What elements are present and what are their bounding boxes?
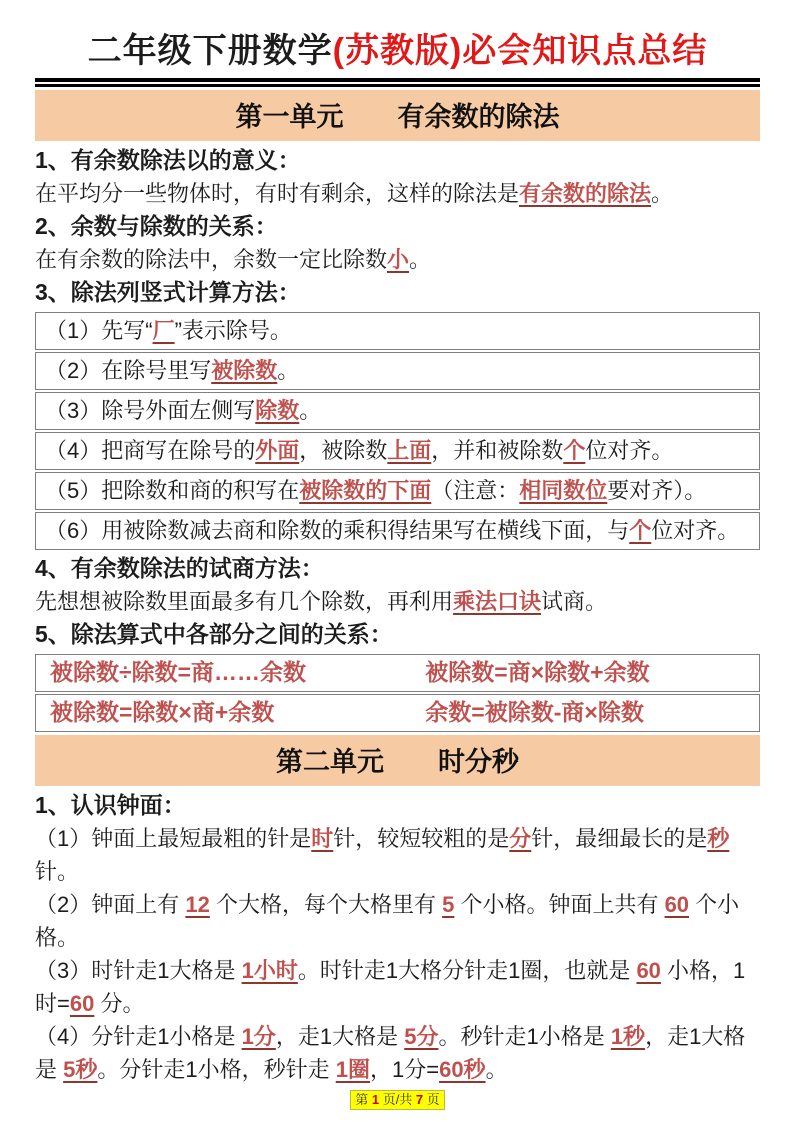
formula-cell: 被除数÷除数=商……余数 [50,658,425,687]
highlighted-red-text: 60 [636,958,660,983]
division-relations-table: 被除数÷除数=商……余数 被除数=商×除数+余数 被除数=除数×商+余数 余数=… [35,654,760,732]
title-divider-rule [35,78,760,87]
text-run: 。 [486,1057,508,1082]
highlighted-red-text: 个 [629,518,651,543]
highlighted-red-text: 分 [509,826,531,851]
page-number-badge: 第 1 页/共 7 页 [350,1090,445,1110]
text-run: ，走1大格是 [276,1024,404,1049]
text-run: （4）把商写在除号的 [45,438,255,463]
highlighted-red-text: 乘法口诀 [453,589,541,614]
page-title-black-part: 二年级下册数学 [88,32,333,70]
document-page: 二年级下册数学(苏教版)必会知识点总结 第一单元 有余数的除法 1、有余数除法以… [0,0,793,1122]
text-run: 。 [277,358,299,383]
highlighted-red-text: 1秒 [611,1024,645,1049]
unit2-paragraph-3: （3）时针走1大格是 1小时。时针走1大格分针走1圈，也就是 60 小格，1时=… [35,954,760,1020]
text-run: 第 [355,1092,372,1107]
text-run: 。 [299,398,321,423]
text-run: ”表示除号。 [175,318,292,343]
text-run: 页 [423,1092,440,1107]
text-run: 针。 [35,859,79,884]
unit2-paragraph-4: （4）分针走1小格是 1分，走1大格是 5分。秒针走1小格是 1秒，走1大格是 … [35,1020,760,1086]
text-run: （1）先写“ [45,318,153,343]
text-run: 个大格，每个大格里有 [210,892,442,917]
unit1-section1-paragraph: 在平均分一些物体时，有时有剩余，这样的除法是有余数的除法。 [35,177,760,210]
text-run: （4）分针走1小格是 [35,1024,242,1049]
text-run: 分。 [94,991,144,1016]
page-title-red-part: (苏教版)必会知识点总结 [333,32,708,70]
text-run: 先想想被除数里面最多有几个除数，再利用 [35,589,453,614]
highlighted-red-text: 5 [442,892,454,917]
highlighted-red-text: 时 [311,826,333,851]
step-row-3: （3）除号外面左侧写除数。 [35,392,760,430]
highlighted-red-text: 60 [70,991,94,1016]
step-row-1: （1）先写“厂”表示除号。 [35,312,760,350]
page-footer: 第 1 页/共 7 页 [35,1090,760,1110]
division-steps-table: （1）先写“厂”表示除号。 （2）在除号里写被除数。 （3）除号外面左侧写除数。… [35,312,760,550]
text-run: （3）时针走1大格是 [35,958,242,983]
text-run: ，并和被除数 [431,438,563,463]
unit1-section4-heading: 4、有余数除法的试商方法： [35,552,760,585]
step-row-6: （6）用被除数减去商和除数的乘积得结果写在横线下面，与个位对齐。 [35,512,760,550]
unit2-banner: 第二单元 时分秒 [35,735,760,786]
highlighted-red-text: 被除数 [211,358,277,383]
text-run: 。秒针走1小格是 [438,1024,610,1049]
highlighted-red-text: 1圈 [336,1057,370,1082]
unit1-section5-heading: 5、除法算式中各部分之间的关系： [35,618,760,651]
highlighted-red-text: 12 [185,892,209,917]
text-run: （6）用被除数减去商和除数的乘积得结果写在横线下面，与 [45,518,629,543]
text-run: ，被除数 [299,438,387,463]
text-run: ，1分= [370,1057,439,1082]
text-run: （注意： [431,478,519,503]
text-run: 。时针走1大格分针走1圈，也就是 [298,958,637,983]
text-run: 。 [651,181,673,206]
highlighted-red-text: 个 [563,438,585,463]
page-title: 二年级下册数学(苏教版)必会知识点总结 [35,30,760,73]
text-run: 针，最细最长的是 [531,826,707,851]
unit2-paragraph-1: （1）钟面上最短最粗的针是时针，较短较粗的是分针，最细最长的是秒针。 [35,822,760,888]
step-row-2: （2）在除号里写被除数。 [35,352,760,390]
highlighted-red-text: 60秒 [439,1057,485,1082]
text-run: 1 [372,1092,379,1107]
text-run: （1）钟面上最短最粗的针是 [35,826,311,851]
unit1-banner: 第一单元 有余数的除法 [35,90,760,141]
unit1-section2-paragraph: 在有余数的除法中，余数一定比除数小。 [35,243,760,276]
highlighted-red-text: 60 [665,892,689,917]
unit2-paragraph-2: （2）钟面上有 12 个大格，每个大格里有 5 个小格。钟面上共有 60 个小格… [35,888,760,954]
highlighted-red-text: 除数 [255,398,299,423]
formula-cell: 被除数=商×除数+余数 [425,658,745,687]
text-run: 针，较短较粗的是 [333,826,509,851]
text-run: 在平均分一些物体时，有时有剩余，这样的除法是 [35,181,519,206]
unit1-section2-heading: 2、余数与除数的关系： [35,210,760,243]
highlighted-red-text: 厂 [153,318,175,343]
text-run: 要对齐）。 [607,478,706,503]
unit1-section1-heading: 1、有余数除法以的意义： [35,144,760,177]
text-run: （2）在除号里写 [45,358,211,383]
formula-cell: 余数=被除数-商×除数 [425,698,745,727]
highlighted-red-text: 被除数的下面 [299,478,431,503]
text-run: 试商。 [541,589,607,614]
highlighted-red-text: 上面 [387,438,431,463]
text-run: （3）除号外面左侧写 [45,398,255,423]
highlighted-red-text: 1小时 [242,958,298,983]
text-run: 位对齐。 [585,438,673,463]
highlighted-red-text: 5秒 [63,1057,97,1082]
formula-cell: 被除数=除数×商+余数 [50,698,425,727]
formula-row-2: 被除数=除数×商+余数 余数=被除数-商×除数 [35,694,760,732]
highlighted-red-text: 外面 [255,438,299,463]
highlighted-red-text: 秒 [707,826,729,851]
unit2-section1-heading: 1、认识钟面： [35,789,760,822]
step-row-4: （4）把商写在除号的外面，被除数上面，并和被除数个位对齐。 [35,432,760,470]
unit1-section4-paragraph: 先想想被除数里面最多有几个除数，再利用乘法口诀试商。 [35,585,760,618]
highlighted-red-text: 5分 [404,1024,438,1049]
text-run: 在有余数的除法中，余数一定比除数 [35,247,387,272]
text-run: （5）把除数和商的积写在 [45,478,299,503]
text-run: 位对齐。 [651,518,739,543]
step-row-5: （5）把除数和商的积写在被除数的下面（注意：相同数位要对齐）。 [35,472,760,510]
text-run: 个小格。钟面上共有 [454,892,664,917]
highlighted-red-text: 1分 [242,1024,276,1049]
highlighted-red-text: 小 [387,247,409,272]
text-run: 。 [409,247,431,272]
text-run: 。分针走1小格，秒针走 [97,1057,335,1082]
highlighted-red-text: 相同数位 [519,478,607,503]
text-run: 页/共 [379,1092,416,1107]
highlighted-red-text: 有余数的除法 [519,181,651,206]
text-run: （2）钟面上有 [35,892,185,917]
unit1-section3-heading: 3、除法列竖式计算方法： [35,276,760,309]
formula-row-1: 被除数÷除数=商……余数 被除数=商×除数+余数 [35,654,760,692]
